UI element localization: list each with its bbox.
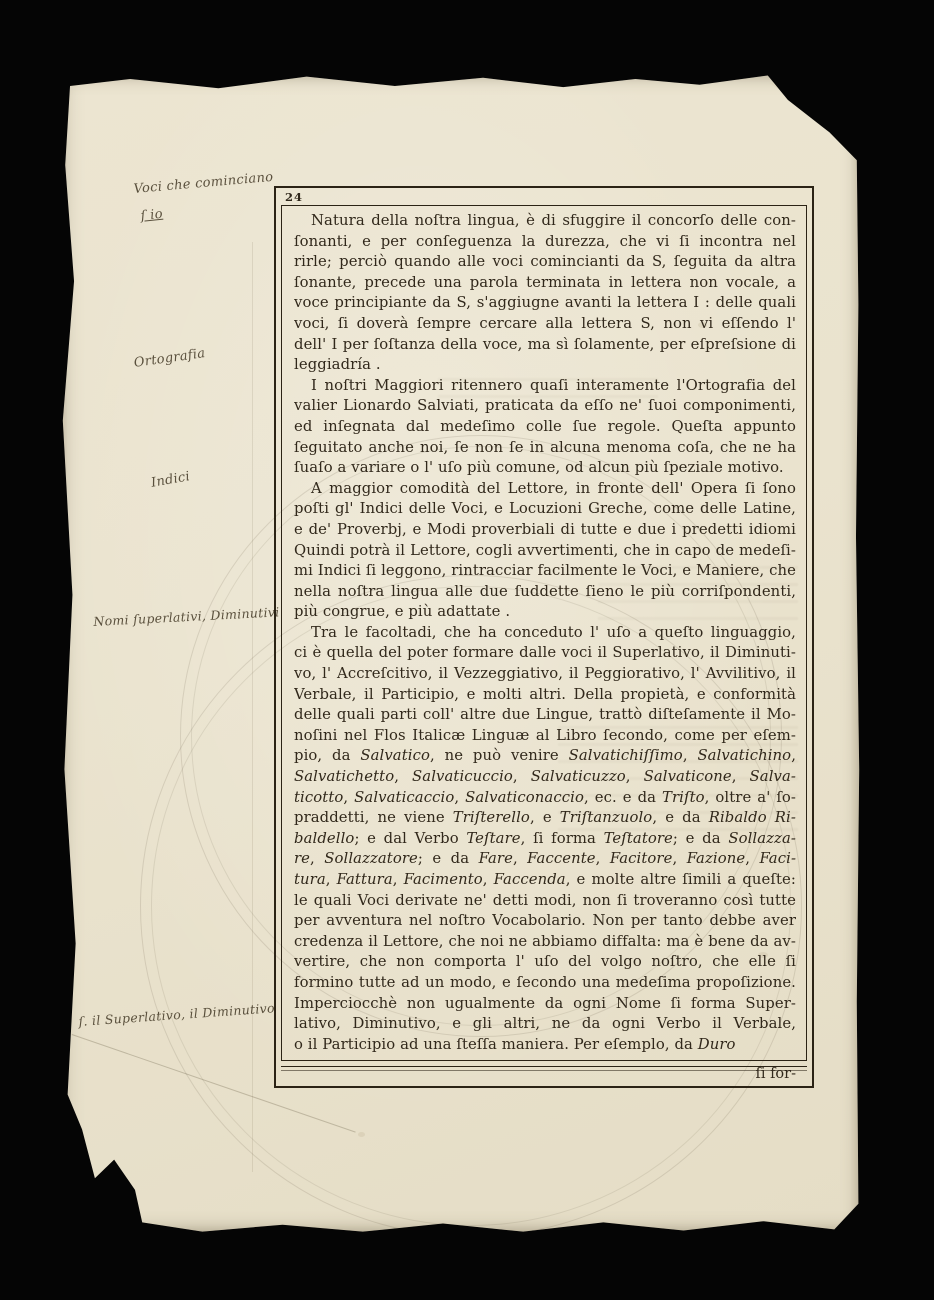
text-line: mi Indici ſi leggono, rintracciar facilm… — [294, 561, 796, 582]
text-line: praddetti, ne viene Triſterello, e Triſt… — [294, 808, 796, 829]
handwritten-note: ſ io — [140, 207, 164, 224]
text-line: ticotto, Salvaticaccio, Salvaticonaccio,… — [294, 788, 796, 809]
bottom-double-rule — [281, 1066, 807, 1071]
text-line: A maggior comodità del Lettore, in front… — [294, 479, 796, 500]
text-line: ſeguitato anche noi, ſe non ſe in alcuna… — [294, 438, 796, 459]
text-line: ſonanti, e per conſeguenza la durezza, c… — [294, 232, 796, 253]
handwritten-note: Ortografia — [133, 346, 206, 371]
text-line: baldello; e dal Verbo Teſtare, ſi forma … — [294, 829, 796, 850]
foxing-spot — [358, 1132, 365, 1137]
page-number: 24 — [285, 190, 303, 204]
text-line: vo, l' Accreſcitivo, il Vezzeggiativo, i… — [294, 664, 796, 685]
handwritten-note: Indici — [150, 469, 191, 491]
text-line: tura, Fattura, Facimento, Faccenda, e mo… — [294, 870, 796, 891]
paper-chain-line — [252, 242, 253, 1172]
text-line: credenza il Lettore, che noi ne abbiamo … — [294, 932, 796, 953]
text-line: lativo, Diminutivo, e gli altri, ne da o… — [294, 1014, 796, 1035]
text-line: più congrue, e più adattate . — [294, 602, 796, 623]
text-line: valier Lionardo Salviati, praticata da e… — [294, 396, 796, 417]
text-line: Verbale, il Participio, e molti altri. D… — [294, 685, 796, 706]
text-line: pio, da Salvatico, ne può venire Salvati… — [294, 746, 796, 767]
text-line: Imperciocchè non ugualmente da ogni Nome… — [294, 994, 796, 1015]
text-line: Salvatichetto, Salvaticuccio, Salvaticuz… — [294, 767, 796, 788]
handwritten-note: Voci che cominciano — [133, 170, 274, 197]
text-line: poſti gl' Indici delle Voci, e Locuzioni… — [294, 499, 796, 520]
text-line: e de' Proverbj, e Modi proverbiali di tu… — [294, 520, 796, 541]
text-line: re, Sollazzatore; e da Fare, Faccente, F… — [294, 849, 796, 870]
text-line: ed inſegnata dal medeſimo colle ſue rego… — [294, 417, 796, 438]
printed-border-frame: 24 Natura della noſtra lingua, è di sfug… — [274, 186, 814, 1088]
text-line: dell' I per ſoſtanza della voce, ma sì ſ… — [294, 335, 796, 356]
text-line: I noſtri Maggiori ritennero quaſi intera… — [294, 376, 796, 397]
text-line: le quali Voci derivate ne' detti modi, n… — [294, 891, 796, 912]
catchword: ſi for- — [755, 1066, 796, 1082]
text-line: delle quali parti coll' altre due Lingue… — [294, 705, 796, 726]
text-line: Quindi potrà il Lettore, cogli avvertime… — [294, 541, 796, 562]
scan-background: Voci che cominciano ſ io Ortografia Indi… — [0, 0, 934, 1300]
book-page: Voci che cominciano ſ io Ortografia Indi… — [58, 72, 860, 1234]
text-line: Natura della noſtra lingua, è di sfuggir… — [294, 211, 796, 232]
text-line: nella noſtra lingua alle due ſuddette ſi… — [294, 582, 796, 603]
text-line: ſonante, precede una parola terminata in… — [294, 273, 796, 294]
text-line: vertire, che non comporta l' uſo del vol… — [294, 952, 796, 973]
text-line: ci è quella del poter formare dalle voci… — [294, 643, 796, 664]
text-line: ſuaſo a variare o l' uſo più comune, od … — [294, 458, 796, 479]
text-line: voci, ſi doverà ſempre cercare alla lett… — [294, 314, 796, 335]
text-line: noſini nel Flos Italicæ Linguæ al Libro … — [294, 726, 796, 747]
text-line: rirle; perciò quando alle voci comincian… — [294, 252, 796, 273]
text-line: formino tutte ad un modo, e ſecondo una … — [294, 973, 796, 994]
text-line: o il Participio ad una ſteſſa maniera. P… — [294, 1035, 796, 1056]
text-block: Natura della noſtra lingua, è di sfuggir… — [294, 211, 796, 1055]
text-line: per avventura nel noſtro Vocabolario. No… — [294, 911, 796, 932]
text-line: leggiadría . — [294, 355, 796, 376]
inner-rule-frame: Natura della noſtra lingua, è di sfuggir… — [281, 205, 807, 1061]
text-line: Tra le facoltadi, che ha conceduto l' uſ… — [294, 623, 796, 644]
folded-corner — [762, 76, 854, 146]
text-line: voce principiante da S, s'aggiugne avant… — [294, 293, 796, 314]
